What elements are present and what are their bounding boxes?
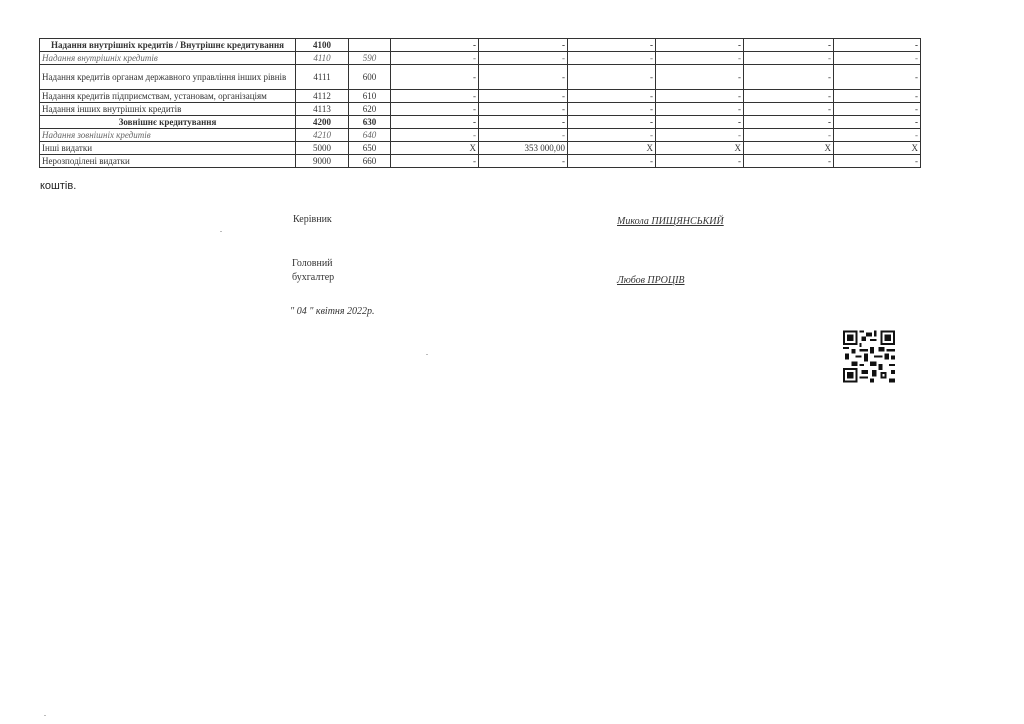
row-value: 353 000,00 bbox=[479, 142, 568, 155]
table-row: Надання внутрішніх кредитів4110590------ bbox=[40, 52, 921, 65]
row-value: - bbox=[656, 103, 744, 116]
row-value: - bbox=[834, 39, 921, 52]
row-code: 4100 bbox=[296, 39, 349, 52]
tail-text: коштів. bbox=[40, 180, 76, 192]
row-label: Надання кредитів органам державного упра… bbox=[40, 65, 296, 90]
row-code: 4111 bbox=[296, 65, 349, 90]
row-value: - bbox=[391, 103, 479, 116]
row-value: - bbox=[656, 52, 744, 65]
row-value: - bbox=[834, 129, 921, 142]
expenditure-table: Надання внутрішніх кредитів / Внутрішнє … bbox=[39, 38, 921, 168]
table-row: Інші видатки5000650X353 000,00XXXX bbox=[40, 142, 921, 155]
row-code: 9000 bbox=[296, 155, 349, 168]
row-label: Надання інших внутрішніх кредитів bbox=[40, 103, 296, 116]
row-line-code: 600 bbox=[349, 65, 391, 90]
head-title: Керівник bbox=[293, 214, 332, 225]
table-row: Надання кредитів підприємствам, установа… bbox=[40, 90, 921, 103]
row-value: - bbox=[479, 155, 568, 168]
table-row: Надання зовнішніх кредитів4210640------ bbox=[40, 129, 921, 142]
accountant-title-line1: Головний bbox=[292, 258, 333, 269]
row-value: X bbox=[744, 142, 834, 155]
row-value: - bbox=[744, 129, 834, 142]
row-value: - bbox=[568, 129, 656, 142]
row-value: - bbox=[479, 129, 568, 142]
row-value: - bbox=[656, 116, 744, 129]
table-row: Надання інших внутрішніх кредитів4113620… bbox=[40, 103, 921, 116]
row-value: - bbox=[568, 39, 656, 52]
row-value: - bbox=[391, 116, 479, 129]
row-label: Надання внутрішніх кредитів / Внутрішнє … bbox=[40, 39, 296, 52]
row-code: 4112 bbox=[296, 90, 349, 103]
row-value: - bbox=[744, 103, 834, 116]
row-value: - bbox=[568, 90, 656, 103]
row-value: - bbox=[479, 103, 568, 116]
row-value: X bbox=[568, 142, 656, 155]
table-row: Надання кредитів органам державного упра… bbox=[40, 65, 921, 90]
row-label: Надання внутрішніх кредитів bbox=[40, 52, 296, 65]
row-value: - bbox=[834, 90, 921, 103]
row-line-code: 660 bbox=[349, 155, 391, 168]
row-value: - bbox=[744, 65, 834, 90]
row-value: X bbox=[656, 142, 744, 155]
row-value: - bbox=[568, 52, 656, 65]
row-value: - bbox=[744, 52, 834, 65]
row-value: - bbox=[744, 39, 834, 52]
row-label: Надання зовнішніх кредитів bbox=[40, 129, 296, 142]
row-value: - bbox=[744, 155, 834, 168]
row-value: - bbox=[479, 116, 568, 129]
row-line-code: 620 bbox=[349, 103, 391, 116]
row-value: - bbox=[568, 103, 656, 116]
row-value: - bbox=[391, 65, 479, 90]
row-code: 4200 bbox=[296, 116, 349, 129]
row-value: X bbox=[391, 142, 479, 155]
row-value: - bbox=[656, 129, 744, 142]
row-value: - bbox=[744, 116, 834, 129]
row-value: - bbox=[656, 65, 744, 90]
row-value: - bbox=[479, 52, 568, 65]
row-value: - bbox=[568, 116, 656, 129]
row-value: - bbox=[834, 52, 921, 65]
row-line-code bbox=[349, 39, 391, 52]
row-value: - bbox=[834, 65, 921, 90]
row-line-code: 650 bbox=[349, 142, 391, 155]
signature-date: " 04 " квітня 2022р. bbox=[290, 306, 375, 317]
row-value: - bbox=[391, 90, 479, 103]
row-line-code: 610 bbox=[349, 90, 391, 103]
accountant-name: Любов ПРОЦІВ bbox=[617, 275, 685, 286]
row-value: - bbox=[391, 129, 479, 142]
row-label: Зовнішнє кредитування bbox=[40, 116, 296, 129]
row-code: 5000 bbox=[296, 142, 349, 155]
row-value: - bbox=[656, 155, 744, 168]
row-value: - bbox=[479, 65, 568, 90]
head-name: Микола ПИЩЯНСЬКИЙ bbox=[617, 216, 724, 227]
row-code: 4113 bbox=[296, 103, 349, 116]
row-value: - bbox=[391, 39, 479, 52]
table-row: Надання внутрішніх кредитів / Внутрішнє … bbox=[40, 39, 921, 52]
row-value: X bbox=[834, 142, 921, 155]
table-row: Нерозподілені видатки9000660------ bbox=[40, 155, 921, 168]
row-value: - bbox=[391, 52, 479, 65]
row-label: Інші видатки bbox=[40, 142, 296, 155]
accountant-title-line2: бухгалтер bbox=[292, 272, 334, 283]
row-value: - bbox=[834, 103, 921, 116]
row-code: 4110 bbox=[296, 52, 349, 65]
row-value: - bbox=[568, 65, 656, 90]
qr-code-icon bbox=[843, 328, 895, 385]
row-value: - bbox=[479, 90, 568, 103]
row-line-code: 640 bbox=[349, 129, 391, 142]
row-value: - bbox=[656, 90, 744, 103]
row-line-code: 630 bbox=[349, 116, 391, 129]
row-line-code: 590 bbox=[349, 52, 391, 65]
row-value: - bbox=[391, 155, 479, 168]
row-value: - bbox=[834, 116, 921, 129]
row-label: Нерозподілені видатки bbox=[40, 155, 296, 168]
row-value: - bbox=[479, 39, 568, 52]
row-value: - bbox=[568, 155, 656, 168]
row-value: - bbox=[834, 155, 921, 168]
row-value: - bbox=[744, 90, 834, 103]
table-row: Зовнішнє кредитування4200630------ bbox=[40, 116, 921, 129]
row-label: Надання кредитів підприємствам, установа… bbox=[40, 90, 296, 103]
row-value: - bbox=[656, 39, 744, 52]
row-code: 4210 bbox=[296, 129, 349, 142]
